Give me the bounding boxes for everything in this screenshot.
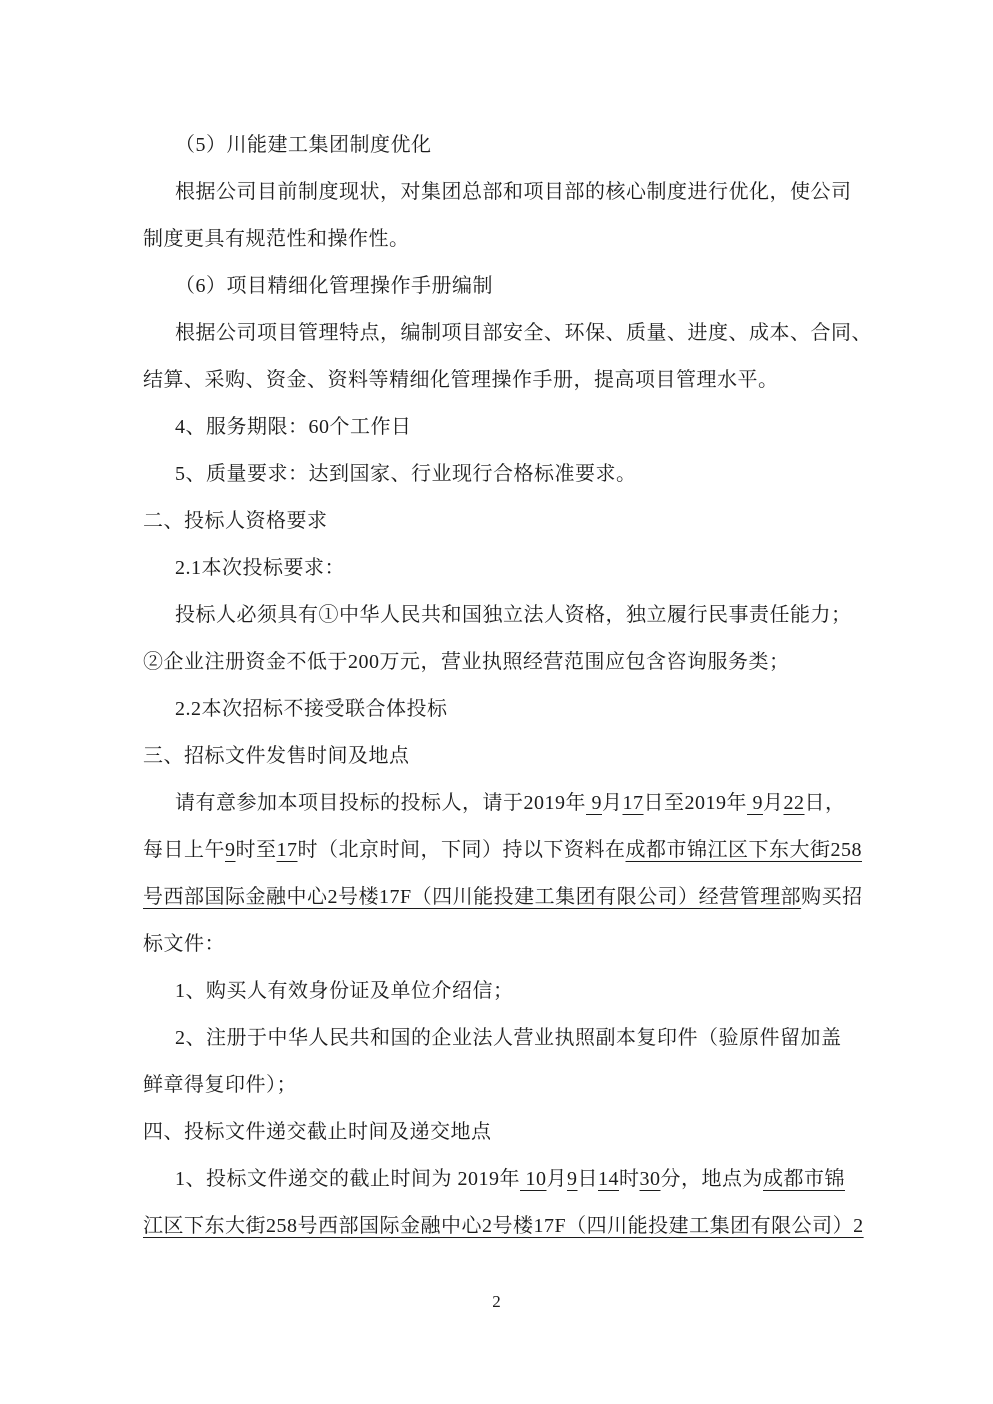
document-body: （5）川能建工集团制度优化根据公司目前制度现状，对集团总部和项目部的核心制度进行…: [143, 122, 857, 1250]
underlined-text: 14: [598, 1168, 619, 1190]
underlined-text: 30: [640, 1168, 661, 1190]
underlined-text: 10: [520, 1168, 547, 1190]
text-segment: 分，地点为: [661, 1168, 764, 1190]
paragraph: 每日上午9时至17时（北京时间，下同）持以下资料在成都市锦江区下东大街258: [143, 827, 857, 874]
text-segment: 月: [602, 792, 623, 814]
underlined-text: 号西部国际金融中心2号楼17F（四川能投建工集团有限公司）经营管理部: [143, 886, 801, 908]
section-heading: 三、招标文件发售时间及地点: [143, 733, 857, 780]
underlined-text: 9: [225, 839, 236, 861]
text-segment: 日至2019年: [644, 792, 748, 814]
paragraph: 5、质量要求：达到国家、行业现行合格标准要求。: [143, 451, 857, 498]
text-segment: 标文件：: [143, 933, 225, 955]
paragraph: 结算、采购、资金、资料等精细化管理操作手册，提高项目管理水平。: [143, 357, 857, 404]
paragraph: 1、投标文件递交的截止时间为 2019年 10月9日14时30分，地点为成都市锦: [143, 1156, 857, 1203]
text-segment: 2、注册于中华人民共和国的企业法人营业执照副本复印件（验原件留加盖: [175, 1027, 842, 1049]
text-segment: 5、质量要求：达到国家、行业现行合格标准要求。: [175, 463, 637, 485]
paragraph: 标文件：: [143, 921, 857, 968]
text-segment: 制度更具有规范性和操作性。: [143, 228, 410, 250]
paragraph: （6）项目精细化管理操作手册编制: [143, 263, 857, 310]
text-segment: 请有意参加本项目投标的投标人，请于2019年: [175, 792, 586, 814]
section-heading: 二、投标人资格要求: [143, 498, 857, 545]
paragraph: 制度更具有规范性和操作性。: [143, 216, 857, 263]
text-segment: （5）川能建工集团制度优化: [175, 134, 432, 156]
text-segment: 二、投标人资格要求: [143, 510, 328, 532]
text-segment: 日: [578, 1168, 599, 1190]
text-segment: 2.1本次投标要求：: [175, 557, 345, 579]
underlined-text: 17: [277, 839, 298, 861]
underlined-text: 成都市锦江区下东大街258: [626, 839, 863, 861]
paragraph: 号西部国际金融中心2号楼17F（四川能投建工集团有限公司）经营管理部购买招: [143, 874, 857, 921]
underlined-text: 17: [623, 792, 644, 814]
text-segment: 时至: [236, 839, 277, 861]
text-segment: 每日上午: [143, 839, 225, 861]
paragraph: 2.1本次投标要求：: [143, 545, 857, 592]
text-segment: 四、投标文件递交截止时间及递交地点: [143, 1121, 492, 1143]
underlined-text: 江区下东大街258号西部国际金融中心2号楼17F（四川能投建工集团有限公司）2: [143, 1215, 864, 1237]
page-number: 2: [0, 1290, 993, 1314]
text-segment: 日，: [805, 792, 846, 814]
paragraph: 根据公司项目管理特点，编制项目部安全、环保、质量、进度、成本、合同、: [143, 310, 857, 357]
paragraph: 2、注册于中华人民共和国的企业法人营业执照副本复印件（验原件留加盖: [143, 1015, 857, 1062]
text-segment: 2.2本次招标不接受联合体投标: [175, 698, 448, 720]
text-segment: 三、招标文件发售时间及地点: [143, 745, 410, 767]
text-segment: 时（北京时间，下同）持以下资料在: [298, 839, 626, 861]
text-segment: 1、投标文件递交的截止时间为 2019年: [175, 1168, 520, 1190]
text-segment: 结算、采购、资金、资料等精细化管理操作手册，提高项目管理水平。: [143, 369, 779, 391]
paragraph: 江区下东大街258号西部国际金融中心2号楼17F（四川能投建工集团有限公司）2: [143, 1203, 857, 1250]
paragraph: （5）川能建工集团制度优化: [143, 122, 857, 169]
text-segment: 1、购买人有效身份证及单位介绍信；: [175, 980, 514, 1002]
text-segment: 月: [547, 1168, 568, 1190]
text-segment: 时: [619, 1168, 640, 1190]
paragraph: 鲜章得复印件）；: [143, 1062, 857, 1109]
text-segment: （6）项目精细化管理操作手册编制: [175, 275, 493, 297]
text-segment: 4、服务期限：60个工作日: [175, 416, 412, 438]
paragraph: ②企业注册资金不低于200万元，营业执照经营范围应包含咨询服务类；: [143, 639, 857, 686]
section-heading: 四、投标文件递交截止时间及递交地点: [143, 1109, 857, 1156]
text-segment: 月: [763, 792, 784, 814]
text-segment: ②企业注册资金不低于200万元，营业执照经营范围应包含咨询服务类；: [143, 651, 790, 673]
paragraph: 投标人必须具有①中华人民共和国独立法人资格，独立履行民事责任能力；: [143, 592, 857, 639]
paragraph: 2.2本次招标不接受联合体投标: [143, 686, 857, 733]
underlined-text: 9: [747, 792, 763, 814]
paragraph: 4、服务期限：60个工作日: [143, 404, 857, 451]
underlined-text: 22: [784, 792, 805, 814]
document-page: （5）川能建工集团制度优化根据公司目前制度现状，对集团总部和项目部的核心制度进行…: [0, 0, 993, 1404]
text-segment: 购买招: [801, 886, 863, 908]
underlined-text: 9: [567, 1168, 578, 1190]
text-segment: 根据公司项目管理特点，编制项目部安全、环保、质量、进度、成本、合同、: [175, 322, 872, 344]
underlined-text: 9: [586, 792, 602, 814]
text-segment: 投标人必须具有①中华人民共和国独立法人资格，独立履行民事责任能力；: [175, 604, 852, 626]
paragraph: 请有意参加本项目投标的投标人，请于2019年 9月17日至2019年 9月22日…: [143, 780, 857, 827]
underlined-text: 成都市锦: [763, 1168, 845, 1190]
text-segment: 根据公司目前制度现状，对集团总部和项目部的核心制度进行优化，使公司: [175, 181, 852, 203]
paragraph: 1、购买人有效身份证及单位介绍信；: [143, 968, 857, 1015]
text-segment: 鲜章得复印件）；: [143, 1074, 297, 1096]
paragraph: 根据公司目前制度现状，对集团总部和项目部的核心制度进行优化，使公司: [143, 169, 857, 216]
